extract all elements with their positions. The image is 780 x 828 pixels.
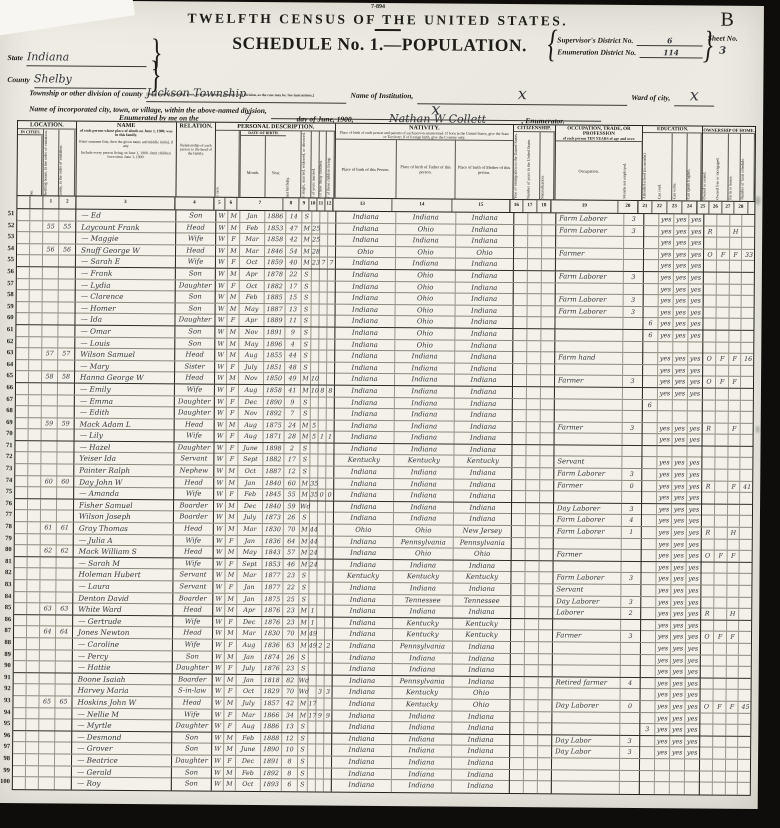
cell-rel: Daughter xyxy=(172,663,213,674)
cell-hn xyxy=(29,348,42,359)
cell-o3: F xyxy=(730,250,742,261)
cell-ms: Wd xyxy=(300,501,310,512)
cell-fm: 55 xyxy=(59,221,76,232)
cell-by: 1886 xyxy=(261,721,282,732)
cell-e: yes xyxy=(689,214,704,225)
supervisor-label: Supervisor's District No. xyxy=(557,35,633,45)
cell-c3 xyxy=(540,445,554,456)
cell-name: Gray Thomas xyxy=(73,523,174,535)
cell-cr: W xyxy=(212,674,225,685)
cell-mc xyxy=(317,629,325,640)
cell-by: 1889 xyxy=(264,315,285,326)
cell-oc xyxy=(554,434,623,446)
cell-oc: Farmer xyxy=(555,248,624,260)
cell-s xyxy=(643,214,659,225)
cell-p3: Indiana xyxy=(452,781,510,793)
cell-o4 xyxy=(739,679,753,690)
cell-c1 xyxy=(510,630,525,641)
cell-p2: Indiana xyxy=(395,398,455,409)
cell-p1: Indiana xyxy=(333,536,394,547)
cell-ym: 23 xyxy=(312,258,320,269)
cell-by: 1871 xyxy=(264,431,285,442)
cell-ag: 14 xyxy=(286,211,302,222)
cell-p1: Indiana xyxy=(332,652,393,663)
house-number-col-label: House Number. xyxy=(30,135,43,195)
cell-rel: Wife xyxy=(174,384,215,395)
cell-o3 xyxy=(728,563,740,574)
cell-c2 xyxy=(526,457,540,468)
cell-ag: 23 xyxy=(283,571,299,582)
cell-c2 xyxy=(528,213,542,224)
cell-mn xyxy=(621,643,641,654)
cell-by: 1876 xyxy=(262,663,283,674)
cell-e: yes xyxy=(687,527,702,538)
line-number: 86 xyxy=(0,614,11,626)
cell-dw xyxy=(43,256,59,267)
cell-o3 xyxy=(726,760,738,771)
cell-c3 xyxy=(538,712,552,723)
line-number: 51 xyxy=(2,208,14,220)
cell-p2: Ohio xyxy=(396,247,456,258)
cell-dw: 64 xyxy=(40,627,56,638)
cell-p2: Ohio xyxy=(395,340,455,351)
cell-e: yes xyxy=(689,307,704,318)
cell-o2 xyxy=(717,307,730,318)
cell-by: 1876 xyxy=(262,605,283,616)
cell-ms: M xyxy=(302,223,312,234)
cell-o4 xyxy=(742,226,756,237)
cell-by: 1840 xyxy=(263,501,284,512)
cell-bm: May xyxy=(240,304,265,315)
column-number: 15 xyxy=(452,200,510,212)
line-number: 73 xyxy=(0,463,12,475)
cell-o3 xyxy=(729,435,741,446)
cell-mc xyxy=(316,768,324,779)
cell-bm: Sept xyxy=(238,454,263,465)
cell-by: 1882 xyxy=(263,455,284,466)
cell-hn xyxy=(27,603,40,614)
cell-o1 xyxy=(699,725,713,736)
cell-hn xyxy=(29,372,42,383)
cell-rel: Daughter xyxy=(174,315,215,326)
cell-s xyxy=(640,585,656,596)
cell-rel: Daughter xyxy=(171,720,212,731)
cell-c3 xyxy=(541,422,555,433)
cell-oc xyxy=(551,712,620,724)
cell-by: 1892 xyxy=(261,768,282,779)
cell-w: yes xyxy=(671,643,686,654)
pob-father-col-label: Place of birth of Father of this person. xyxy=(395,140,455,198)
cell-sx: F xyxy=(224,721,236,732)
cell-mn xyxy=(624,260,644,271)
cell-ym xyxy=(308,722,316,733)
cell-sx: M xyxy=(224,744,236,755)
cell-p3: Indiana xyxy=(454,479,512,490)
cell-o2 xyxy=(716,319,729,330)
cell-mc: 1 xyxy=(319,432,327,443)
cell-ym: 44 xyxy=(310,524,318,535)
cell-p1: Indiana xyxy=(333,490,394,501)
cell-o4 xyxy=(740,539,754,550)
cell-c2 xyxy=(525,665,539,676)
cell-st xyxy=(14,673,27,684)
cell-o2 xyxy=(714,690,727,701)
cell-w: yes xyxy=(670,736,685,747)
cell-rel: Daughter xyxy=(174,407,215,418)
cell-o4 xyxy=(738,725,752,736)
cell-c2 xyxy=(525,677,539,688)
cell-name: Harvey Maria xyxy=(72,685,173,697)
cell-mn xyxy=(623,341,643,352)
cell-dw xyxy=(40,592,56,603)
occupation-title: OCCUPATION, TRADE, OR PROFESSION xyxy=(555,125,642,137)
cell-c2 xyxy=(526,445,540,456)
cell-dw xyxy=(40,615,56,626)
cell-sx: F xyxy=(225,663,237,674)
cell-p1: Ohio xyxy=(333,525,394,536)
cell-o1 xyxy=(701,458,715,469)
cell-p2: Pennsylvania xyxy=(393,676,453,687)
cell-ag: 34 xyxy=(282,710,298,721)
cell-o3 xyxy=(727,678,739,689)
cell-o3 xyxy=(729,412,741,423)
cell-bm: June xyxy=(238,443,263,454)
cell-by: 1890 xyxy=(264,397,285,408)
cell-hn xyxy=(28,441,41,452)
cell-c2 xyxy=(524,723,538,734)
cell-hn xyxy=(29,406,42,417)
cell-fm xyxy=(58,430,75,441)
cell-mn xyxy=(622,457,642,468)
cell-p1: Indiana xyxy=(332,687,393,698)
cell-p2: Tennessee xyxy=(393,595,453,606)
cell-mc xyxy=(318,536,326,547)
cell-o2 xyxy=(715,493,728,504)
cell-bm: Apr xyxy=(237,605,262,616)
cell-dw: 60 xyxy=(41,476,57,487)
cell-st xyxy=(15,499,28,510)
cell-cr: W xyxy=(214,396,227,407)
cell-c3 xyxy=(539,584,553,595)
cell-e: yes xyxy=(687,516,702,527)
cell-o2 xyxy=(715,470,728,481)
cell-o4 xyxy=(740,528,754,539)
line-number: 60 xyxy=(1,312,13,324)
cell-w: yes xyxy=(671,655,686,666)
cell-mn xyxy=(621,620,641,631)
cell-w: yes xyxy=(673,353,688,364)
cell-p3: Indiana xyxy=(455,329,513,340)
cell-rel: Son xyxy=(172,651,213,662)
cell-c1 xyxy=(512,387,527,398)
cell-ym xyxy=(309,687,317,698)
cell-o4 xyxy=(738,713,752,724)
table-body: 5152535455565758596061626364656667686970… xyxy=(0,208,759,796)
cell-dw xyxy=(42,314,58,325)
cell-e: yes xyxy=(686,690,701,701)
cell-mn: 4 xyxy=(621,678,641,689)
cell-hn xyxy=(27,638,40,649)
cell-o4: 16 xyxy=(741,354,755,365)
cell-cr: W xyxy=(214,373,227,384)
cell-e: yes xyxy=(688,330,703,341)
cell-p2: Indiana xyxy=(393,606,453,617)
cell-r: yes xyxy=(655,701,670,712)
cell-bm: Mar xyxy=(240,246,265,257)
cell-o4 xyxy=(741,377,755,388)
cell-ag: 47 xyxy=(286,223,302,234)
cell-st xyxy=(15,511,28,522)
cell-rel: Head xyxy=(173,547,214,558)
cell-e: yes xyxy=(686,574,701,585)
cell-o3 xyxy=(726,783,738,795)
cell-o3 xyxy=(728,493,740,504)
cell-c1 xyxy=(511,445,526,456)
cell-o2: F xyxy=(713,702,726,713)
cell-r: yes xyxy=(656,632,671,643)
cell-ag: 23 xyxy=(283,617,299,628)
cell-mn xyxy=(622,446,642,457)
cell-fm xyxy=(57,534,74,545)
cell-e: yes xyxy=(687,493,702,504)
cell-p2: Indiana xyxy=(395,374,455,385)
cell-name: — Edith xyxy=(74,407,175,419)
cell-ym xyxy=(310,467,318,478)
cell-fm xyxy=(56,638,73,649)
cell-mn: 3 xyxy=(622,504,642,515)
cell-c3 xyxy=(539,654,553,665)
cell-r: yes xyxy=(656,597,671,608)
cell-fm xyxy=(56,662,73,673)
cell-ym: 35 xyxy=(310,478,318,489)
cell-bm: Mar xyxy=(240,234,265,245)
cell-rel: Daughter xyxy=(173,442,214,453)
cell-o3 xyxy=(727,597,739,608)
cell-st xyxy=(16,371,29,382)
supervisor-value: 6 xyxy=(667,36,672,45)
cell-s xyxy=(640,631,656,642)
cell-mc xyxy=(317,594,325,605)
cell-fm: 65 xyxy=(55,696,72,707)
cell-o3 xyxy=(727,644,739,655)
cell-bm: Aug xyxy=(236,721,261,732)
cell-mn xyxy=(624,237,644,248)
cell-ag: 49 xyxy=(285,374,301,385)
line-number: 81 xyxy=(0,556,12,568)
cell-ag: 70 xyxy=(284,524,300,535)
cell-c2 xyxy=(526,538,540,549)
cell-o3 xyxy=(730,261,742,272)
cell-c1 xyxy=(511,549,526,560)
cell-ym: 10 xyxy=(311,374,319,385)
cell-ag: 44 xyxy=(285,350,301,361)
cell-bm: Jan xyxy=(238,478,263,489)
cell-s xyxy=(641,481,657,492)
cell-o2 xyxy=(714,586,727,597)
cell-c3 xyxy=(540,503,554,514)
cell-ym: 17 xyxy=(308,710,316,721)
cell-c2 xyxy=(524,758,538,769)
cell-o1 xyxy=(703,307,717,318)
cell-o4 xyxy=(740,470,754,481)
cell-e xyxy=(688,400,703,411)
cell-cr: W xyxy=(211,721,224,732)
cell-hn xyxy=(28,511,41,522)
cell-c1 xyxy=(510,596,525,607)
cell-bm: May xyxy=(239,338,264,349)
cell-dw xyxy=(43,233,59,244)
cell-o2 xyxy=(713,713,726,724)
cell-e: yes xyxy=(687,504,702,515)
cell-name: — Hazel xyxy=(73,441,174,453)
cell-rel: Wife xyxy=(173,489,214,500)
cell-e: yes xyxy=(689,238,704,249)
cell-by: 1818 xyxy=(262,675,283,686)
cell-c2 xyxy=(527,375,541,386)
cell-dw xyxy=(42,337,58,348)
cell-o4 xyxy=(739,574,753,585)
cell-bm: Sept xyxy=(238,559,263,570)
column-number: 27 xyxy=(722,202,734,214)
cell-e: yes xyxy=(689,261,704,272)
cell-bm: May xyxy=(238,547,263,558)
cell-st xyxy=(16,406,29,417)
cell-oc: Day Laborer xyxy=(553,503,622,515)
cell-bm: Oct xyxy=(240,280,265,291)
cell-name: — Ida xyxy=(74,314,175,326)
cell-dw xyxy=(39,743,55,754)
color-col-label: Color or race. xyxy=(216,131,228,198)
cell-hn xyxy=(30,290,43,301)
cell-hn xyxy=(29,430,42,441)
cell-o4 xyxy=(738,783,752,795)
cell-ym: 25 xyxy=(312,223,320,234)
cell-o3 xyxy=(730,307,742,318)
cell-o3 xyxy=(728,516,740,527)
cell-o1 xyxy=(703,215,717,226)
cell-mc xyxy=(317,675,325,686)
cell-p1: Indiana xyxy=(334,339,395,350)
cell-by: 1829 xyxy=(262,686,283,697)
line-number: 77 xyxy=(0,509,12,521)
cell-bm: Feb xyxy=(236,767,261,778)
cell-dw xyxy=(42,383,58,394)
cell-ms: M xyxy=(301,420,311,431)
cell-mn xyxy=(623,399,643,410)
cell-o2 xyxy=(714,667,727,678)
cell-o1 xyxy=(702,342,716,353)
cell-o3: H xyxy=(727,609,739,620)
cell-r: yes xyxy=(658,423,673,434)
cell-s xyxy=(643,237,659,248)
cell-name: — Sarah M xyxy=(73,557,174,569)
cell-s xyxy=(639,701,655,712)
cell-sx: M xyxy=(225,675,237,686)
cell-o1 xyxy=(701,446,715,457)
cell-cr: W xyxy=(215,292,228,303)
attended-school-col-label: Attended school (in months). xyxy=(643,133,658,200)
cell-p1: Ohio xyxy=(335,246,396,257)
cell-ag: 7 xyxy=(285,408,301,419)
cell-fm xyxy=(58,407,75,418)
cell-w: yes xyxy=(673,365,688,376)
cell-mn xyxy=(622,492,642,503)
cell-bm: Oct xyxy=(238,466,263,477)
cell-ym: 1 xyxy=(309,617,317,628)
cell-ag: 22 xyxy=(286,269,302,280)
cell-bm: Nov xyxy=(239,373,264,384)
cell-o2 xyxy=(715,562,728,573)
cell-c2 xyxy=(528,236,542,247)
cell-name: — Gerald xyxy=(71,766,172,778)
cell-w: yes xyxy=(673,319,688,330)
cell-sx: M xyxy=(228,269,240,280)
cell-o4 xyxy=(742,261,756,272)
cell-by: 1843 xyxy=(263,547,284,558)
cell-sx: M xyxy=(228,304,240,315)
free-mortgaged-col-label: Owned free or mortgaged. xyxy=(716,134,729,201)
cell-mc xyxy=(316,733,324,744)
cell-s xyxy=(640,643,656,654)
cell-st xyxy=(15,476,28,487)
cell-mn xyxy=(623,411,643,422)
cell-rel: Wife xyxy=(175,257,216,268)
cell-o4 xyxy=(739,690,753,701)
cell-w: yes xyxy=(672,504,687,515)
cell-ym xyxy=(310,513,318,524)
occupation-col-label: Occupation. xyxy=(555,141,623,200)
cell-ag: 26 xyxy=(284,513,300,524)
cell-e: yes xyxy=(685,748,700,759)
cell-c1 xyxy=(510,677,525,688)
cell-by: 1882 xyxy=(265,281,286,292)
cell-ms: S xyxy=(301,408,311,419)
cell-fm: 56 xyxy=(59,244,76,255)
cell-c1 xyxy=(512,352,527,363)
cell-oc: Farm hand xyxy=(554,352,623,364)
cell-o2 xyxy=(716,412,729,423)
column-number: 2 xyxy=(59,196,76,208)
cell-w: yes xyxy=(672,551,687,562)
cell-s xyxy=(641,469,657,480)
cell-w: yes xyxy=(672,562,687,573)
line-number: 94 xyxy=(0,707,10,719)
cell-name: Fisher Samuel xyxy=(73,499,174,511)
cell-p3: Indiana xyxy=(455,317,513,328)
cell-by: 1875 xyxy=(262,594,283,605)
line-number: 67 xyxy=(1,394,13,406)
immigration-col-label: Year of immigration to the United States… xyxy=(513,132,527,199)
cell-dw xyxy=(40,638,56,649)
cell-hn xyxy=(29,395,42,406)
cell-o2 xyxy=(716,389,729,400)
cell-rel: Head xyxy=(173,477,214,488)
cell-ms: S xyxy=(300,513,310,524)
cell-c1 xyxy=(513,248,528,259)
cell-p2: Indiana xyxy=(396,258,456,269)
cell-o4 xyxy=(741,389,755,400)
cell-sx: F xyxy=(227,396,239,407)
line-number: 62 xyxy=(1,336,13,348)
cell-c3 xyxy=(538,723,552,734)
cell-s xyxy=(641,492,657,503)
cell-mc xyxy=(318,478,326,489)
cell-st xyxy=(15,464,28,475)
cell-fm: 59 xyxy=(58,418,75,429)
line-number: 57 xyxy=(2,278,14,290)
cell-ym: 17 xyxy=(308,698,316,709)
cell-name: Hoskins John W xyxy=(71,697,172,709)
